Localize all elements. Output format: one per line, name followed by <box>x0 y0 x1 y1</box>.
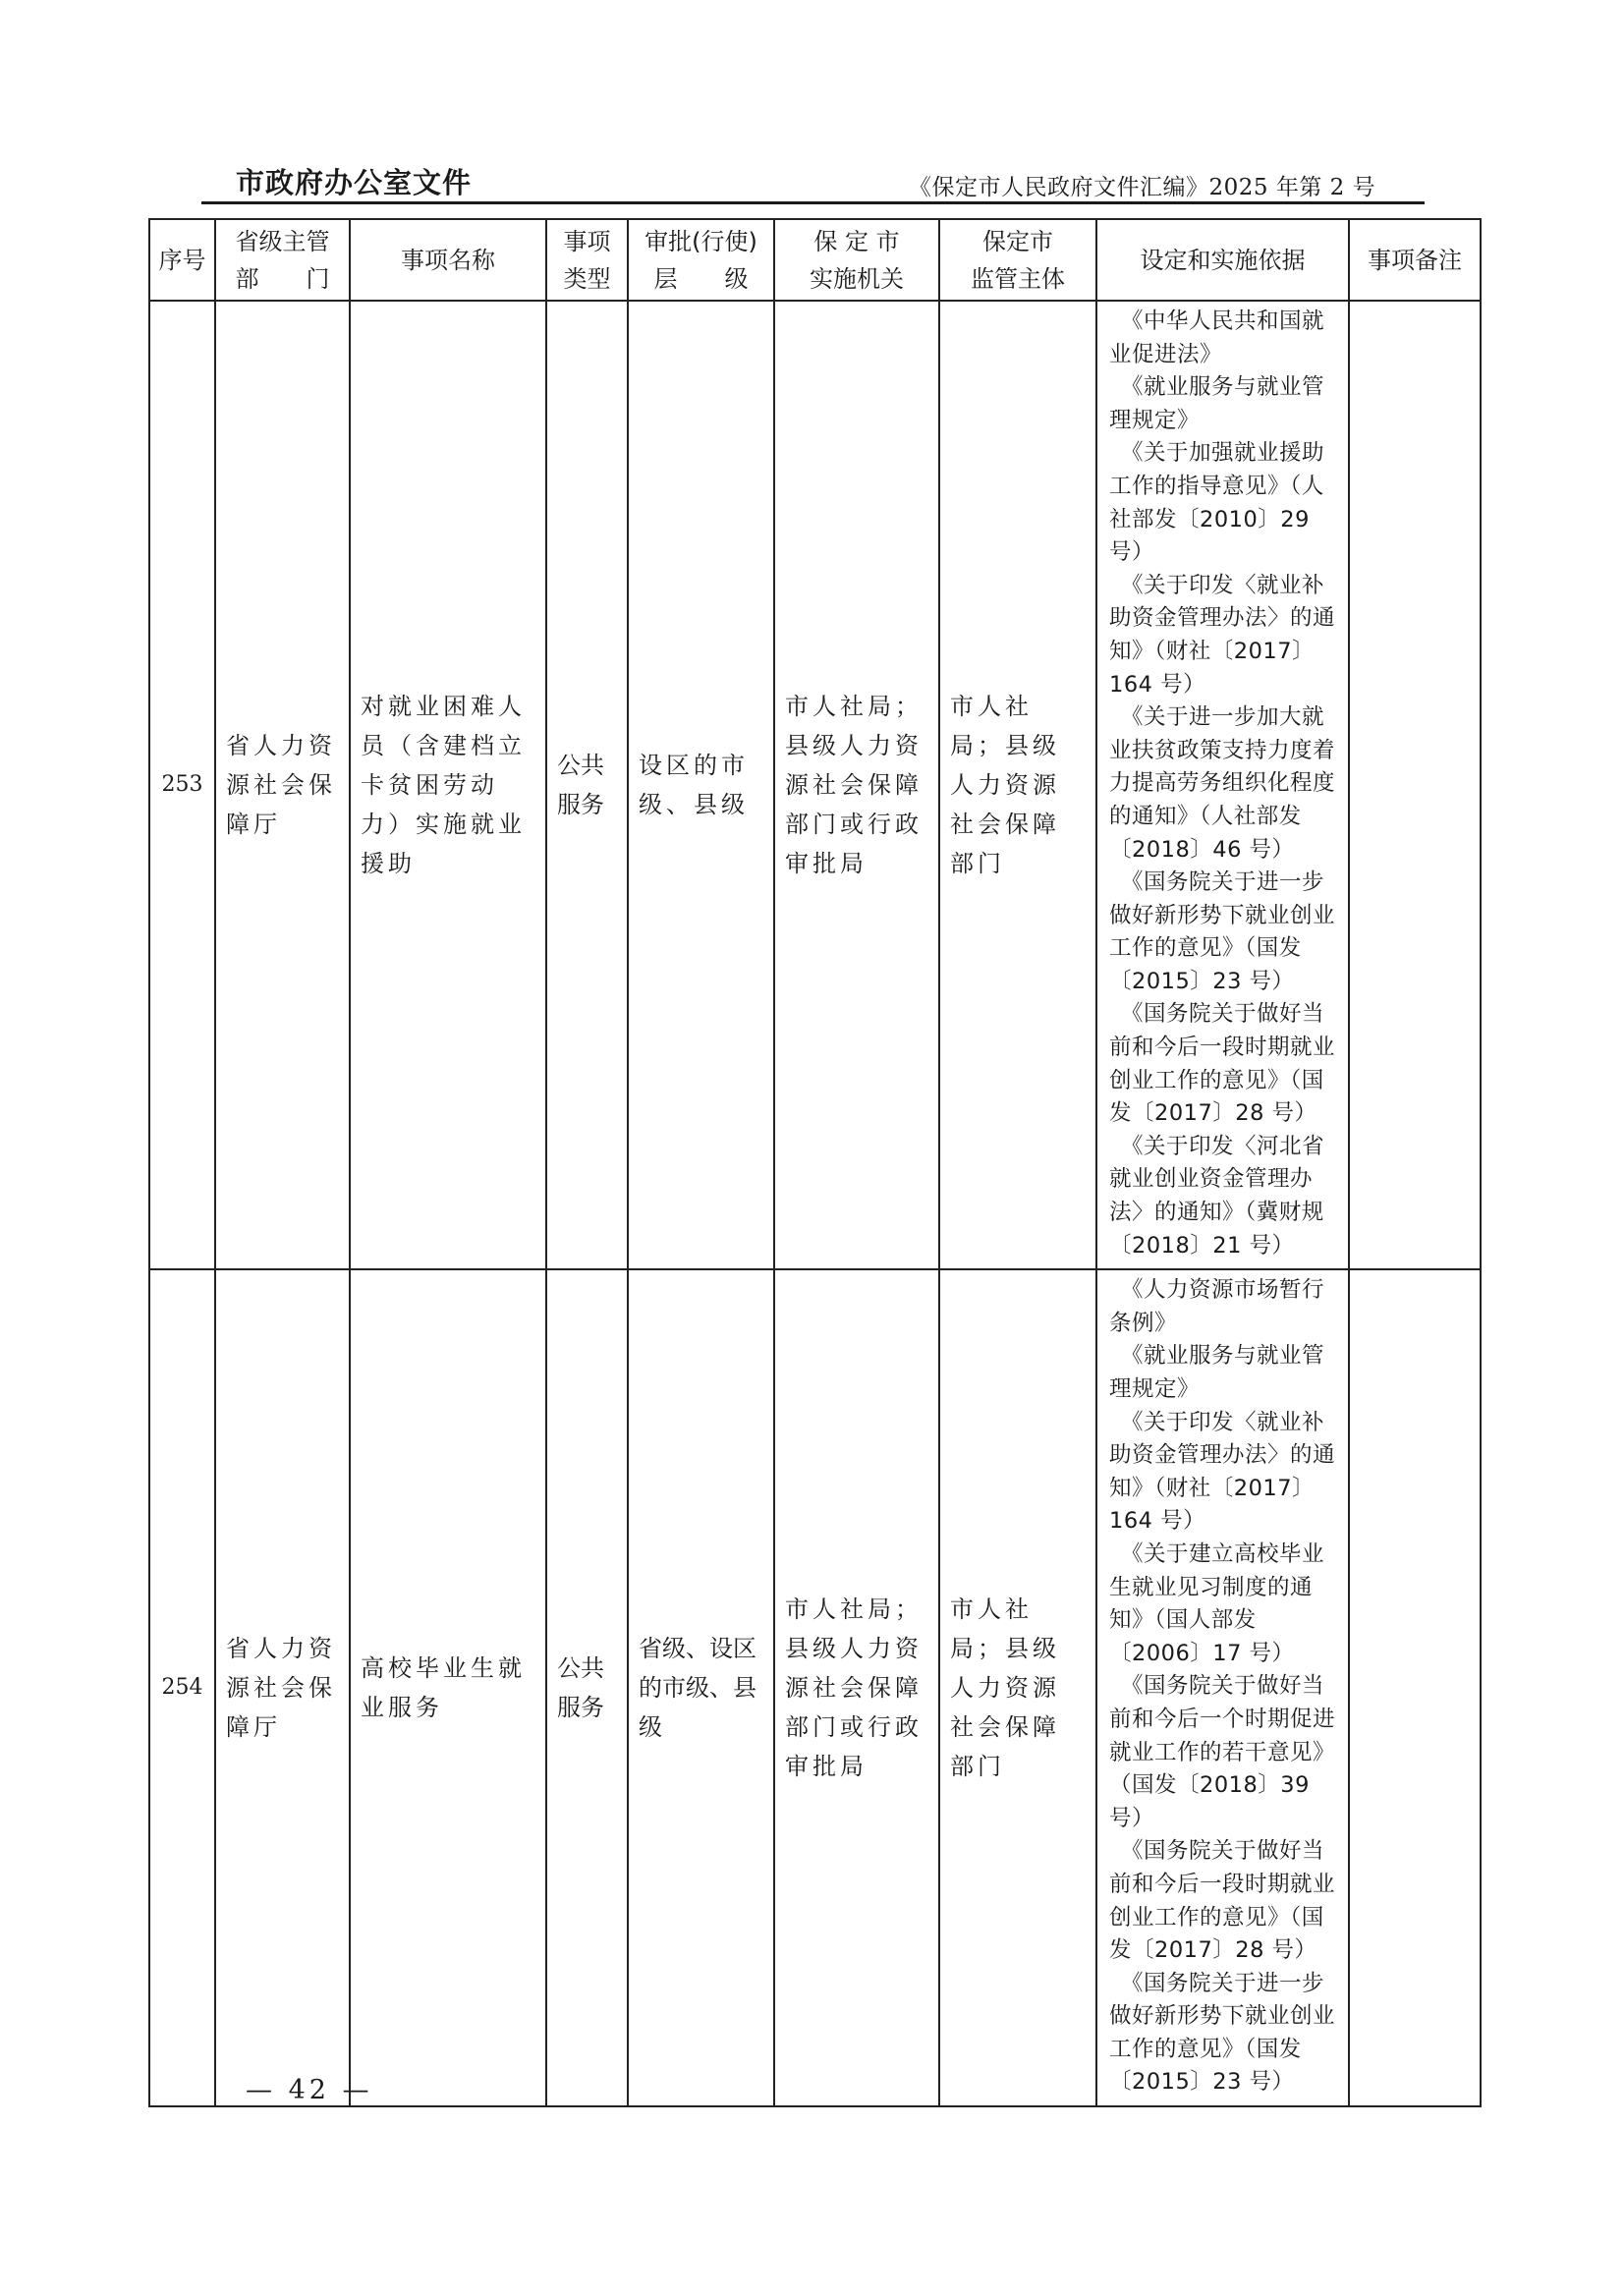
row-level: 设区的市级、县级 <box>628 301 774 1269</box>
table-row: 254 省人力资源社会保障厅 高校毕业生就业服务 公共服务 省级、设区的市级、县… <box>149 1269 1481 2106</box>
basis-item: 《人力资源市场暂行条例》 <box>1109 1274 1340 1340</box>
row-supervisor: 市人社局；县级人力资源社会保障部门 <box>939 1269 1096 2106</box>
row-index: 253 <box>149 301 215 1269</box>
col-header-type: 事项类型 <box>546 219 628 301</box>
row-name: 高校毕业生就业服务 <box>350 1269 546 2106</box>
row-index: 254 <box>149 1269 215 2106</box>
basis-item: 《关于印发〈就业补助资金管理办法〉的通知》（财社〔2017〕164 号） <box>1109 570 1340 701</box>
row-dept: 省人力资源社会保障厅 <box>215 301 350 1269</box>
basis-item: 《中华人民共和国就业促进法》 <box>1109 306 1340 371</box>
header-rule <box>201 201 1425 204</box>
basis-item: 《关于进一步加大就业扶贫政策支持力度着力提高劳务组织化程度的通知》（人社部发〔2… <box>1109 701 1340 867</box>
row-name: 对就业困难人员（含建档立卡贫困劳动力）实施就业援助 <box>350 301 546 1269</box>
basis-item: 《国务院关于做好当前和今后一段时期就业创业工作的意见》（国发〔2017〕28 号… <box>1109 998 1340 1130</box>
row-agency: 市人社局；县级人力资源社会保障部门或行政审批局 <box>774 1269 939 2106</box>
col-header-level: 审批(行使)层 级 <box>628 219 774 301</box>
row-supervisor: 市人社局；县级人力资源社会保障部门 <box>939 301 1096 1269</box>
col-header-index: 序号 <box>149 219 215 301</box>
col-header-basis: 设定和实施依据 <box>1096 219 1349 301</box>
row-remark <box>1349 1269 1481 2106</box>
basis-item: 《国务院关于做好当前和今后一个时期促进就业工作的若干意见》（国发〔2018〕39… <box>1109 1670 1340 1835</box>
basis-item: 《国务院关于进一步做好新形势下就业创业工作的意见》（国发〔2015〕23 号） <box>1109 1968 1340 2099</box>
col-header-supervisor: 保定市监管主体 <box>939 219 1096 301</box>
row-level: 省级、设区的市级、县级 <box>628 1269 774 2106</box>
basis-item: 《国务院关于进一步做好新形势下就业创业工作的意见》（国发〔2015〕23 号） <box>1109 867 1340 998</box>
col-header-agency: 保 定 市实施机关 <box>774 219 939 301</box>
basis-item: 《就业服务与就业管理规定》 <box>1109 1340 1340 1406</box>
basis-item: 《关于加强就业援助工作的指导意见》（人社部发〔2010〕29 号） <box>1109 437 1340 569</box>
page-number: — 42 — <box>246 2075 373 2105</box>
header-right-title: 《保定市人民政府文件汇编》2025 年第 2 号 <box>909 169 1375 201</box>
row-remark <box>1349 301 1481 1269</box>
row-dept: 省人力资源社会保障厅 <box>215 1269 350 2106</box>
basis-item: 《就业服务与就业管理规定》 <box>1109 371 1340 437</box>
row-type: 公共服务 <box>546 1269 628 2106</box>
row-basis: 《人力资源市场暂行条例》 《就业服务与就业管理规定》 《关于印发〈就业补助资金管… <box>1096 1269 1349 2106</box>
basis-item: 《关于印发〈河北省就业创业资金管理办法〉的通知》（冀财规〔2018〕21 号） <box>1109 1131 1340 1262</box>
row-agency: 市人社局；县级人力资源社会保障部门或行政审批局 <box>774 301 939 1269</box>
basis-item: 《关于建立高校毕业生就业见习制度的通知》（国人部发〔2006〕17 号） <box>1109 1539 1340 1670</box>
basis-item: 《关于印发〈就业补助资金管理办法〉的通知》（财社〔2017〕164 号） <box>1109 1407 1340 1539</box>
items-table: 序号 省级主管部 门 事项名称 事项类型 审批(行使)层 级 保 定 市实施机关… <box>148 218 1482 2107</box>
basis-item: 《国务院关于做好当前和今后一段时期就业创业工作的意见》（国发〔2017〕28 号… <box>1109 1835 1340 1967</box>
table-row: 253 省人力资源社会保障厅 对就业困难人员（含建档立卡贫困劳动力）实施就业援助… <box>149 301 1481 1269</box>
table-header-row: 序号 省级主管部 门 事项名称 事项类型 审批(行使)层 级 保 定 市实施机关… <box>149 219 1481 301</box>
col-header-name: 事项名称 <box>350 219 546 301</box>
row-basis: 《中华人民共和国就业促进法》 《就业服务与就业管理规定》 《关于加强就业援助工作… <box>1096 301 1349 1269</box>
col-header-remark: 事项备注 <box>1349 219 1481 301</box>
col-header-dept: 省级主管部 门 <box>215 219 350 301</box>
header-left-title: 市政府办公室文件 <box>236 161 472 201</box>
row-type: 公共服务 <box>546 301 628 1269</box>
